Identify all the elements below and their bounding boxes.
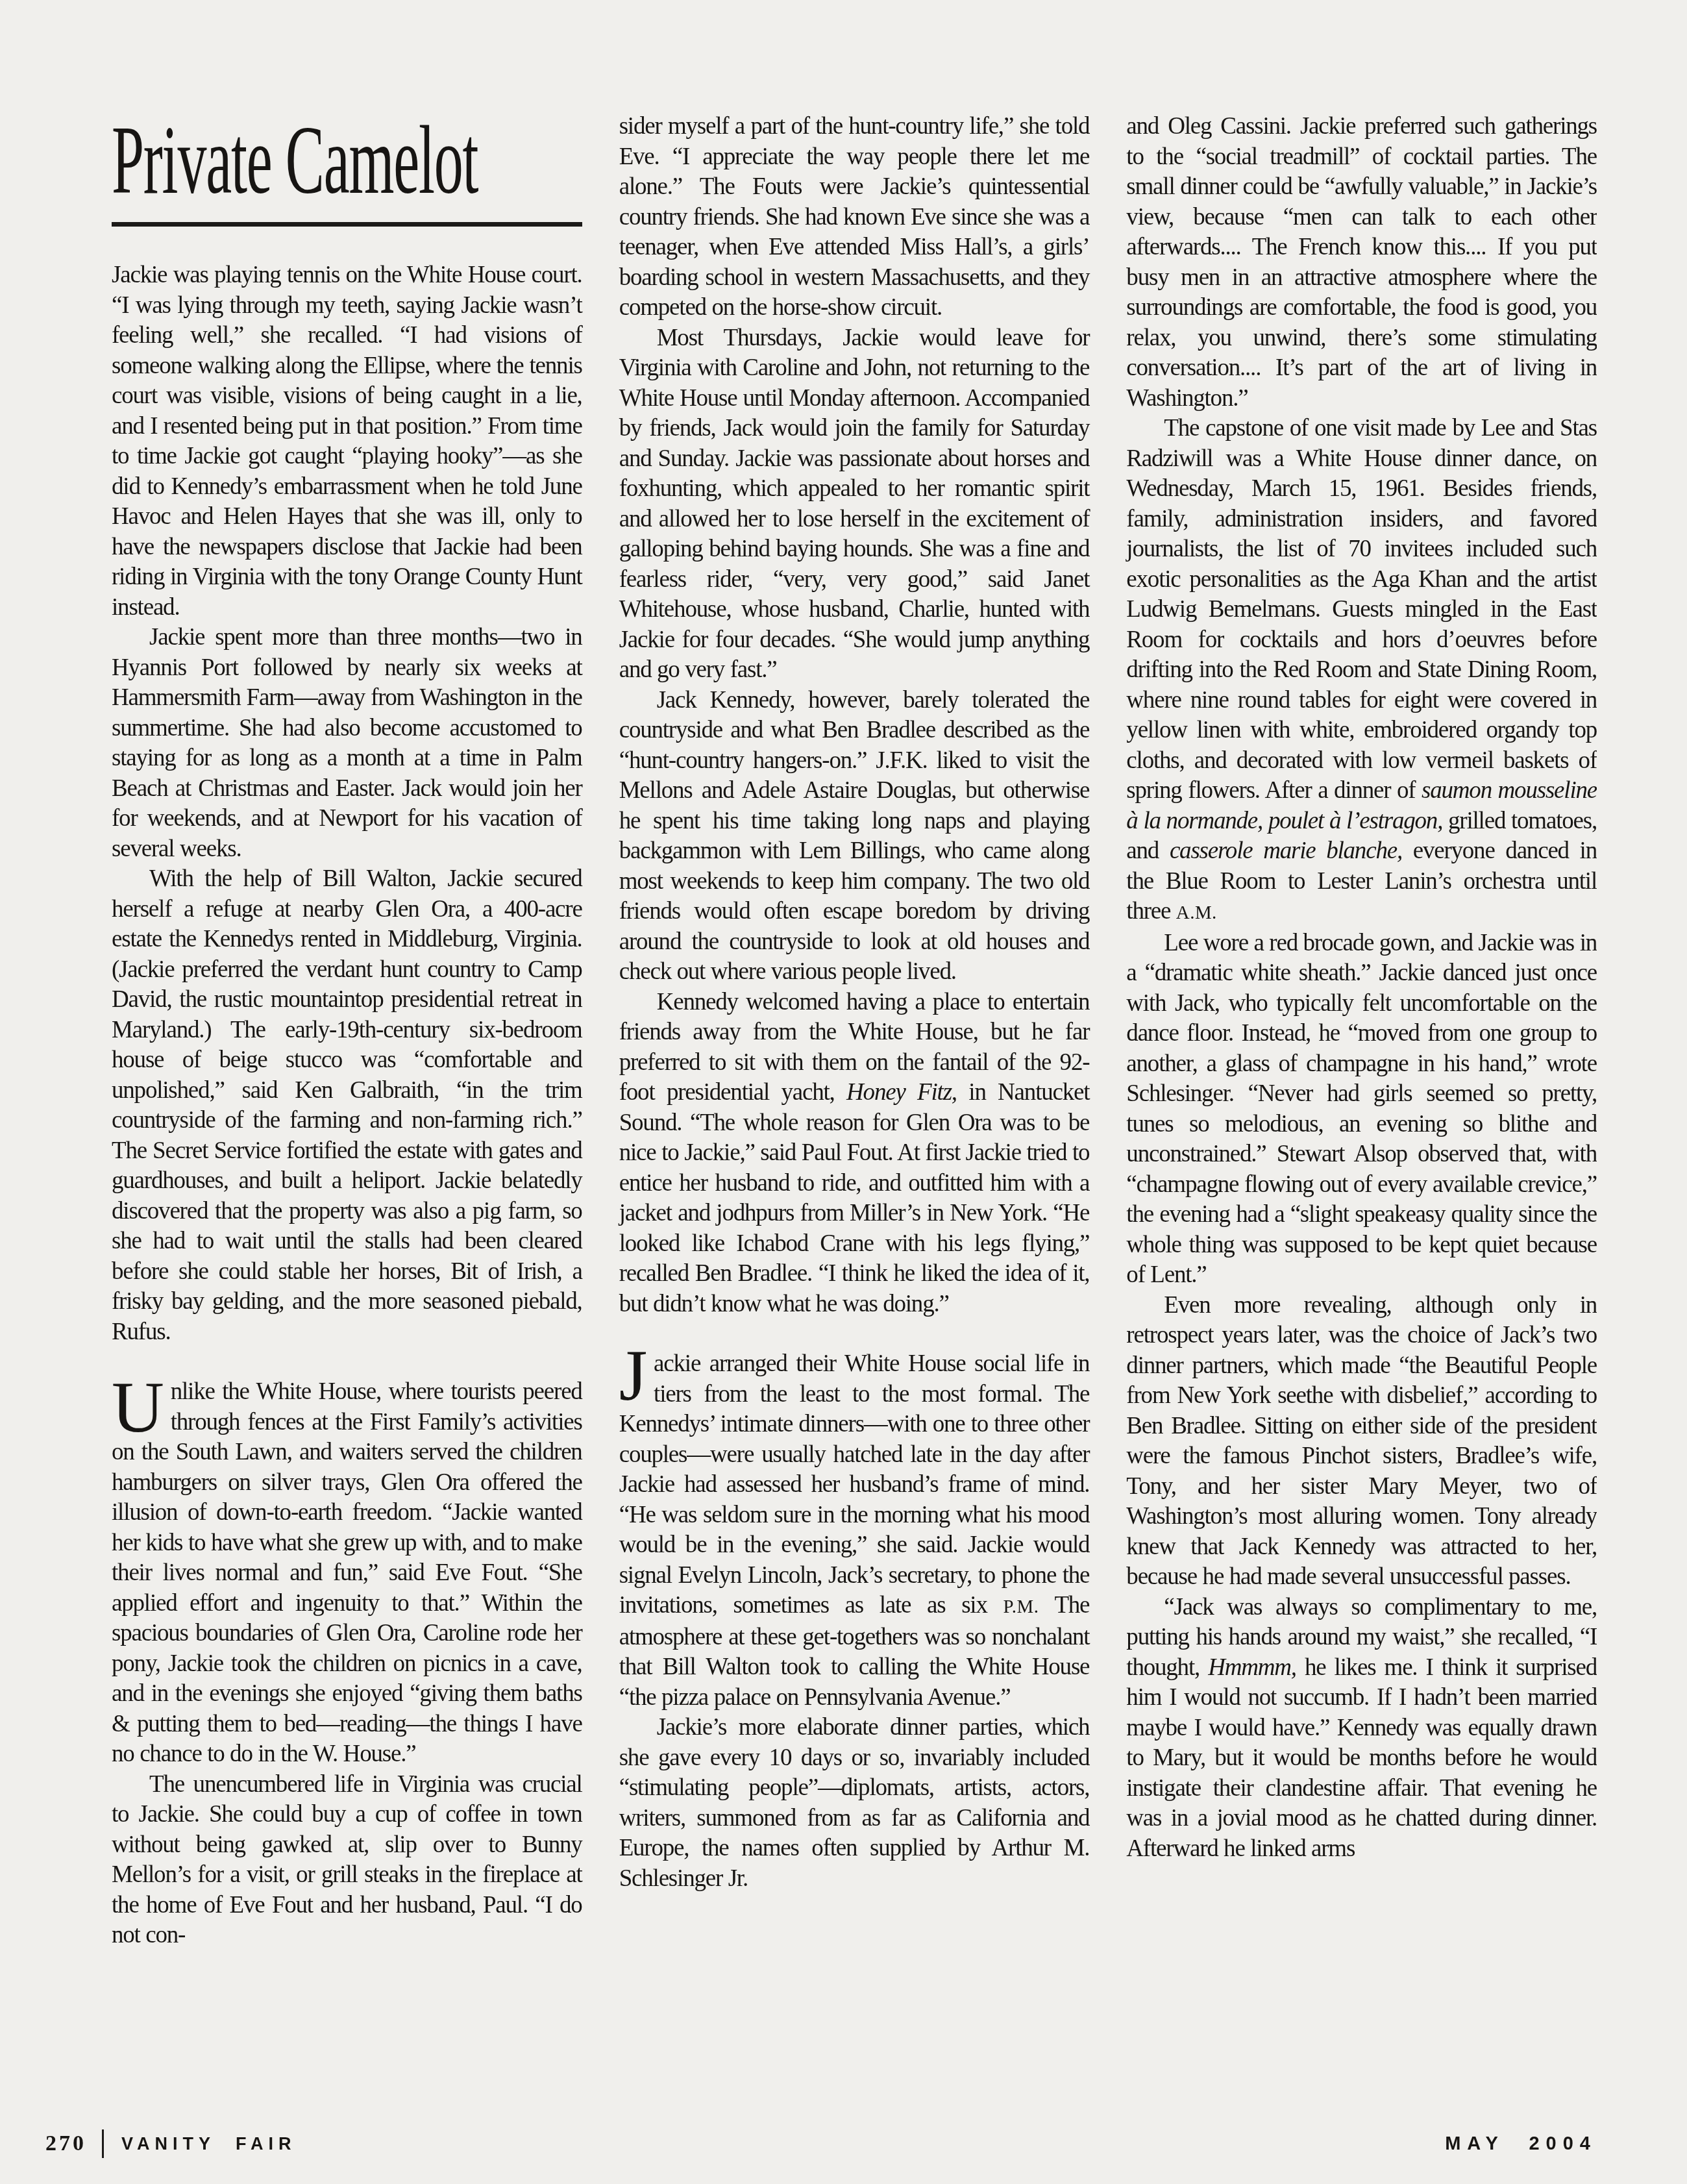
title-rule: [112, 222, 582, 227]
paragraph: Unlike the White House, where tourists p…: [112, 1377, 582, 1770]
text-run: Jackie’s more elaborate dinner parties, …: [619, 1714, 1090, 1892]
paragraph: Most Thursdays, Jackie would leave for V…: [619, 323, 1090, 686]
footer-divider: [102, 2129, 104, 2158]
paragraph: “Jack was always so complimentary to me,…: [1126, 1593, 1597, 1865]
text-run: he likes me. I think it surprised him I …: [1126, 1654, 1597, 1862]
paragraph: Kennedy welcomed having a place to enter…: [619, 987, 1090, 1320]
column-2-text: sider myself a part of the hunt-country …: [619, 112, 1090, 1894]
text-run: With the help of Bill Walton, Jackie sec…: [112, 865, 582, 1345]
drop-cap: J: [619, 1349, 654, 1401]
column-3: and Oleg Cassini. Jackie preferred such …: [1126, 112, 1597, 2118]
column-1-text: Jackie was playing tennis on the White H…: [112, 260, 582, 1951]
text-run: Jack Kennedy, however, barely tolerated …: [619, 687, 1090, 986]
footer-left: 270 VANITY FAIR: [45, 2129, 297, 2158]
text-run: The unencumbered life in Virginia was cr…: [112, 1771, 582, 1949]
text-run: sider myself a part of the hunt-country …: [619, 113, 1090, 321]
paragraph: The capstone of one visit made by Lee an…: [1126, 414, 1597, 928]
paragraph: Jack Kennedy, however, barely tolerated …: [619, 686, 1090, 987]
drop-cap: U: [112, 1377, 171, 1437]
footer-right: MAY 2004: [1445, 2133, 1597, 2155]
italic-run: Hmmmm,: [1208, 1654, 1296, 1681]
smallcaps-run: A.M.: [1176, 902, 1217, 923]
paragraph: Lee wore a red brocade gown, and Jackie …: [1126, 928, 1597, 1291]
paragraph: With the help of Bill Walton, Jackie sec…: [112, 864, 582, 1347]
text-run: Jackie spent more than three months—two …: [112, 624, 582, 862]
paragraph: Jackie spent more than three months—two …: [112, 623, 582, 864]
paragraph: and Oleg Cassini. Jackie preferred such …: [1126, 112, 1597, 414]
text-run: Lee wore a red brocade gown, and Jackie …: [1126, 930, 1597, 1289]
text-run: nlike the White House, where tourists pe…: [112, 1378, 582, 1767]
page-number: 270: [45, 2131, 86, 2156]
footer: 270 VANITY FAIR MAY 2004: [45, 2128, 1597, 2159]
text-run: in Nantucket Sound. “The whole reason fo…: [619, 1079, 1090, 1317]
paragraph: Even more revealing, although only in re…: [1126, 1291, 1597, 1593]
magazine-page: Private Camelot Jackie was playing tenni…: [0, 0, 1687, 2184]
text-run: ackie arranged their White House social …: [619, 1350, 1090, 1619]
italic-run: casserole marie blanche,: [1170, 838, 1402, 864]
text-run: Jackie was playing tennis on the White H…: [112, 262, 582, 621]
paragraph: The unencumbered life in Virginia was cr…: [112, 1770, 582, 1951]
italic-run: Honey Fitz,: [846, 1079, 957, 1106]
paragraph: sider myself a part of the hunt-country …: [619, 112, 1090, 323]
smallcaps-run: P.M.: [1003, 1596, 1039, 1617]
paragraph: Jackie arranged their White House social…: [619, 1349, 1090, 1713]
issue-date: MAY 2004: [1445, 2133, 1597, 2154]
text-run: and Oleg Cassini. Jackie preferred such …: [1126, 113, 1597, 412]
text-run: Even more revealing, although only in re…: [1126, 1292, 1597, 1591]
column-3-text: and Oleg Cassini. Jackie preferred such …: [1126, 112, 1597, 1864]
text-run: Most Thursdays, Jackie would leave for V…: [619, 325, 1090, 684]
column-2: sider myself a part of the hunt-country …: [619, 112, 1090, 2118]
text-run: The capstone of one visit made by Lee an…: [1126, 415, 1597, 804]
paragraph: Jackie was playing tennis on the White H…: [112, 260, 582, 623]
magazine-name: VANITY FAIR: [121, 2134, 297, 2154]
paragraph: Jackie’s more elaborate dinner parties, …: [619, 1713, 1090, 1894]
article-body: Private Camelot Jackie was playing tenni…: [112, 112, 1597, 2118]
article-title: Private Camelot: [112, 112, 478, 209]
column-1: Private Camelot Jackie was playing tenni…: [112, 112, 582, 2118]
